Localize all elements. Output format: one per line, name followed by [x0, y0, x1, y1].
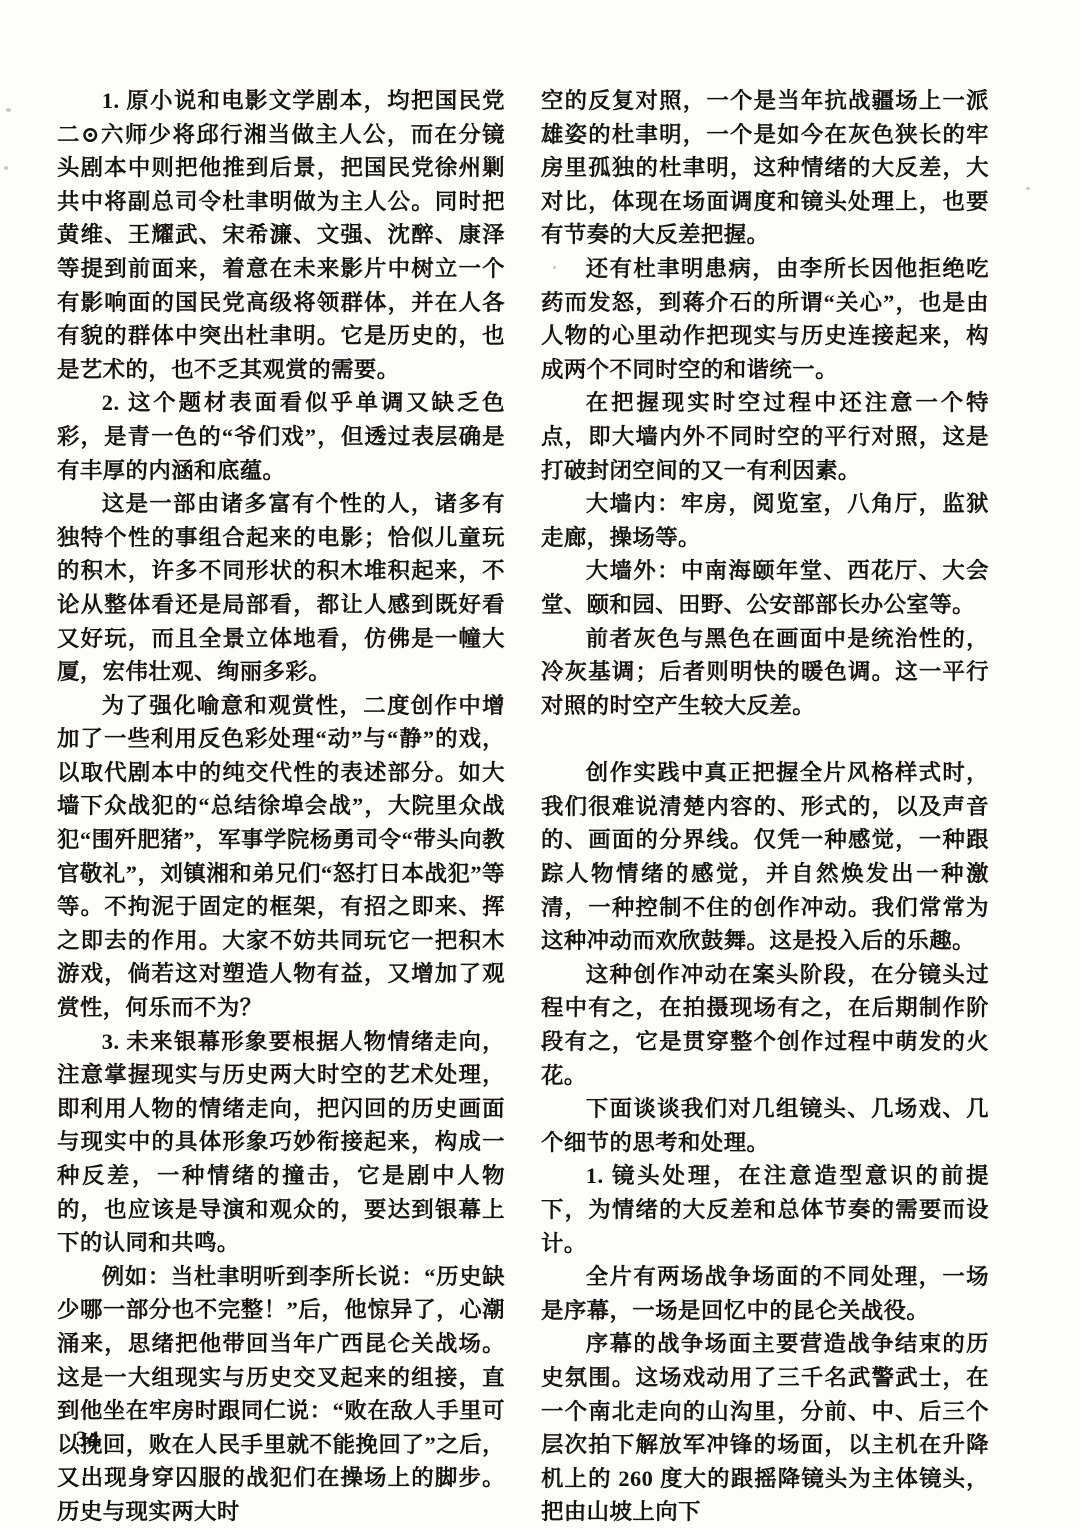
scan-speck — [1026, 187, 1030, 190]
paragraph: 3. 未来银幕形象要根据人物情绪走向，注意掌握现实与历史两大时空的艺术处理，即利… — [57, 1025, 505, 1260]
paragraph: 为了强化喻意和观赏性，二度创作中增加了一些利用反色彩处理“动”与“静”的戏，以取… — [57, 689, 505, 1025]
paragraph: 创作实践中真正把握全片风格样式时，我们很难说清楚内容的、形式的，以及声音的、画面… — [541, 756, 989, 958]
scan-speck — [6, 108, 11, 112]
paragraph: 1. 原小说和电影文学剧本，均把国民党二⊙六师少将邱行湘当做主人公，而在分镜头剧… — [57, 84, 505, 386]
text-columns: 1. 原小说和电影文学剧本，均把国民党二⊙六师少将邱行湘当做主人公，而在分镜头剧… — [57, 84, 989, 1528]
scanned-document-page: 1. 原小说和电影文学剧本，均把国民党二⊙六师少将邱行湘当做主人公，而在分镜头剧… — [0, 0, 1080, 1528]
section-break — [541, 722, 989, 756]
paragraph: 2. 这个题材表面看似乎单调又缺乏色彩，是青一色的“爷们戏”，但透过表层确是有丰… — [57, 386, 505, 487]
paragraph: 序幕的战争场面主要营造战争结束的历史氛围。这场戏动用了三千名武警武士，在一个南北… — [541, 1327, 989, 1528]
paragraph: 在把握现实时空过程中还注意一个特点，即大墙内外不同时空的平行对照，这是打破封闭空… — [541, 386, 989, 487]
left-column: 1. 原小说和电影文学剧本，均把国民党二⊙六师少将邱行湘当做主人公，而在分镜头剧… — [57, 84, 505, 1528]
paragraph: 全片有两场战争场面的不同处理，一场是序幕，一场是回忆中的昆仑关战役。 — [541, 1260, 989, 1327]
scan-speck — [4, 166, 8, 170]
paragraph: 还有杜聿明患病，由李所长因他拒绝吃药而发怒，到蒋介石的所谓“关心”，也是由人物的… — [541, 252, 989, 386]
scan-speck — [553, 266, 556, 269]
paragraph: 大墙内：牢房，阅览室，八角厅，监狱走廊，操场等。 — [541, 487, 989, 554]
paragraph: 这是一部由诸多富有个性的人，诸多有独特个性的事组合起来的电影；恰似儿童玩的积木，… — [57, 487, 505, 689]
paragraph-continuation: 空的反复对照，一个是当年抗战疆场上一派雄姿的杜聿明，一个是如今在灰色狭长的牢房里… — [541, 84, 989, 252]
paragraph: 下面谈谈我们对几组镜头、几场戏、几个细节的思考和处理。 — [541, 1092, 989, 1159]
paragraph: 这种创作冲动在案头阶段，在分镜头过程中有之，在拍摄现场有之，在后期制作阶段有之，… — [541, 958, 989, 1092]
right-column: 空的反复对照，一个是当年抗战疆场上一派雄姿的杜聿明，一个是如今在灰色狭长的牢房里… — [541, 84, 989, 1528]
page-number: 34 — [76, 1426, 100, 1452]
paragraph: 大墙外：中南海颐年堂、西花厅、大会堂、颐和园、田野、公安部部长办公室等。 — [541, 554, 989, 621]
paragraph: 1. 镜头处理，在注意造型意识的前提下，为情绪的大反差和总体节奏的需要而设计。 — [541, 1159, 989, 1260]
paragraph: 前者灰色与黑色在画面中是统治性的，冷灰基调；后者则明快的暖色调。这一平行对照的时… — [541, 622, 989, 723]
paragraph: 例如：当杜聿明听到李所长说：“历史缺少哪一部分也不完整！”后，他惊异了，心潮涌来… — [57, 1260, 505, 1528]
